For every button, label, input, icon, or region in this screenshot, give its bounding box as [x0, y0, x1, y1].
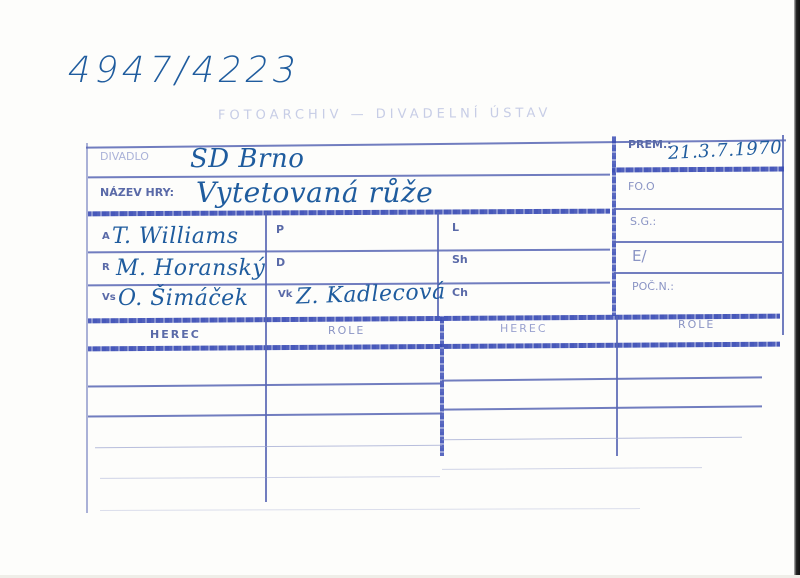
value-premiere-date: 21.3.7.1970 [668, 137, 783, 164]
rule [616, 316, 618, 456]
label-nazev-hry: NÁZEV HRY: [100, 186, 174, 199]
value-director: M. Horanský [116, 256, 265, 281]
rule [440, 316, 444, 456]
rule [614, 272, 782, 274]
rule [442, 405, 762, 410]
rule [442, 437, 742, 441]
label-d: D [276, 256, 285, 269]
rule [612, 136, 616, 316]
scan-edge [794, 0, 800, 578]
rule [86, 143, 88, 513]
rule [442, 467, 702, 470]
rule [100, 476, 440, 479]
rule [88, 249, 610, 253]
label-ch: Ch [452, 286, 468, 299]
value-nazev-hry: Vytetovaná růže [196, 176, 433, 209]
label-divadlo: DIVADLO [100, 150, 149, 163]
label-foto: FO.O [628, 180, 655, 193]
value-set-designer: O. Šimáček [118, 286, 249, 311]
rule [100, 508, 640, 511]
rule [612, 167, 784, 173]
rule [88, 342, 780, 352]
label-poc-n: POČ.N.: [632, 280, 674, 293]
label-author: A [102, 231, 110, 242]
rule [88, 314, 780, 324]
archive-stamp: FOTOARCHIV — DIVADELNÍ ÚSTAV [218, 106, 551, 123]
header-herec-1: HEREC [150, 328, 201, 341]
label-set-designer: Vs [102, 292, 116, 303]
header-role-2: ROLE [678, 318, 715, 331]
value-costume-designer: Z. Kadlecová [296, 279, 446, 309]
label-l: L [452, 221, 459, 234]
label-e: E/ [632, 247, 647, 265]
rule [614, 241, 782, 243]
header-herec-2: HEREC [500, 322, 548, 335]
rule [95, 445, 442, 448]
rule [88, 209, 610, 217]
label-p: P [276, 223, 284, 236]
label-costume-designer: Vk [278, 289, 292, 300]
label-director: R [102, 262, 110, 273]
rule [442, 376, 762, 381]
value-author: T. Williams [112, 224, 239, 249]
label-sg: S.G.: [630, 215, 656, 228]
label-sh: Sh [452, 253, 468, 266]
rule [614, 208, 782, 210]
header-role-1: ROLE [328, 324, 365, 337]
inventory-number: 4947/4223 [64, 50, 304, 91]
value-divadlo: SD Brno [190, 144, 304, 174]
label-prem: PREM.: [628, 138, 672, 151]
rule [782, 135, 784, 335]
